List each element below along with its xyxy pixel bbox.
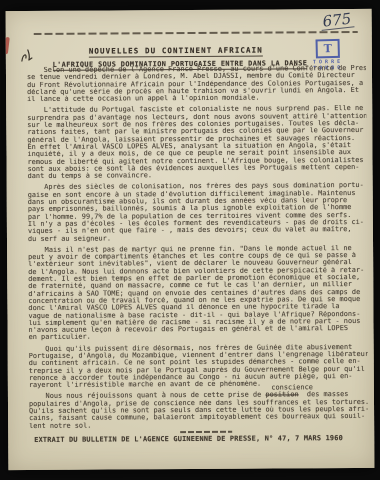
text-line: du serf au seigneur.: [28, 233, 367, 242]
paragraph: Mais il n'est pas de martyr qui ne prenn…: [28, 245, 368, 342]
handwritten-archive-number: 675: [320, 10, 354, 31]
document-page: 675 T TORRE TOMBO NOUVELLES DU CONTINENT…: [6, 9, 375, 470]
paragraph: Après des siècles de colonisation, nos f…: [28, 182, 367, 242]
text-line: rayeront l'irrésistible marche en avant …: [29, 380, 368, 389]
paragraph: Quoi qu'ils puissent dire désormais, nos…: [29, 344, 368, 390]
struck-word: positionconscience: [265, 391, 298, 399]
footer-divider: [180, 431, 232, 433]
text-line: dant du temps à se convaincre.: [28, 171, 367, 180]
text-line: en particulier.: [29, 332, 368, 341]
typed-divider-top: [34, 31, 358, 35]
paragraph: Nous nous réjouissons quant à nous de ce…: [29, 391, 368, 430]
source-citation: EXTRAIT DU BULLETIN DE L'AGENCE GUINEENN…: [34, 434, 368, 444]
paragraph: L'attitude du Portugal fasciste et colon…: [27, 105, 366, 180]
text-segment: des masses: [299, 391, 349, 399]
paragraph: Selon une dépêche de l'Agence France Pre…: [27, 65, 366, 104]
document-body: Selon une dépêche de l'Agence France Pre…: [27, 65, 368, 434]
text-line: il lance à cette occasion un appel à l'o…: [27, 94, 366, 103]
text-line: lent notre sol.: [29, 421, 368, 430]
inserted-correction-word: conscience: [271, 384, 313, 392]
